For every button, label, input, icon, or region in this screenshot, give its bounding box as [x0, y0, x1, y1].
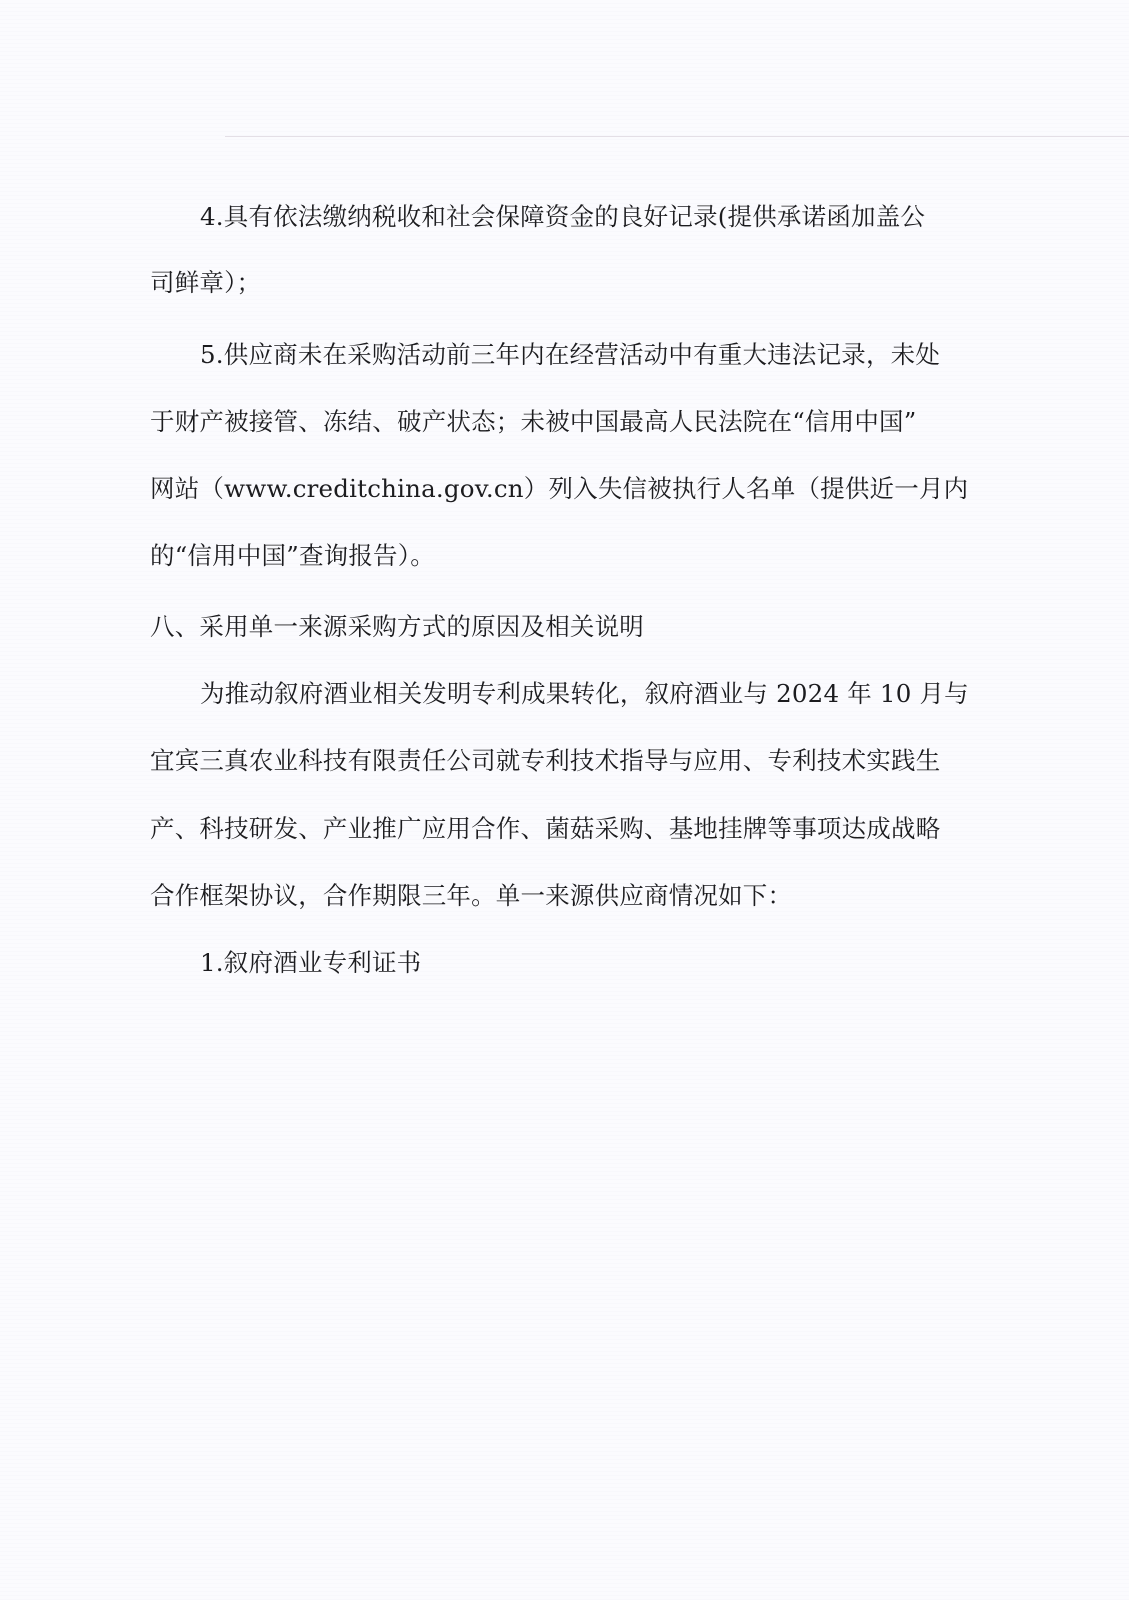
requirement-5-line-2: 于财产被接管、冻结、破产状态；未被中国最高人民法院在“信用中国” — [150, 405, 980, 439]
section-8-heading: 八、采用单一来源采购方式的原因及相关说明 — [150, 610, 980, 644]
section-8-paragraph-line-4: 合作框架协议，合作期限三年。单一来源供应商情况如下： — [150, 879, 980, 913]
requirement-5-line-4: 的“信用中国”查询报告）。 — [150, 539, 980, 573]
requirement-4-line-2: 司鲜章）； — [150, 266, 980, 300]
section-8-paragraph-line-1: 为推动叙府酒业相关发明专利成果转化，叙府酒业与 2024 年 10 月与 — [200, 677, 1030, 711]
section-8-paragraph-line-2: 宜宾三真农业科技有限责任公司就专利技术指导与应用、专利技术实践生 — [150, 744, 980, 778]
scan-show-through-line — [225, 136, 1129, 137]
scanned-document-page: 4.具有依法缴纳税收和社会保障资金的良好记录(提供承诺函加盖公 司鲜章）； 5.… — [0, 0, 1129, 1600]
patent-certificate-item: 1.叙府酒业专利证书 — [200, 946, 1030, 980]
requirement-5-line-1: 5.供应商未在采购活动前三年内在经营活动中有重大违法记录，未处 — [200, 338, 1030, 372]
requirement-5-line-3: 网站（www.creditchina.gov.cn）列入失信被执行人名单（提供近… — [150, 472, 980, 506]
section-8-paragraph-line-3: 产、科技研发、产业推广应用合作、菌菇采购、基地挂牌等事项达成战略 — [150, 812, 980, 846]
requirement-4-line-1: 4.具有依法缴纳税收和社会保障资金的良好记录(提供承诺函加盖公 — [200, 200, 1030, 234]
